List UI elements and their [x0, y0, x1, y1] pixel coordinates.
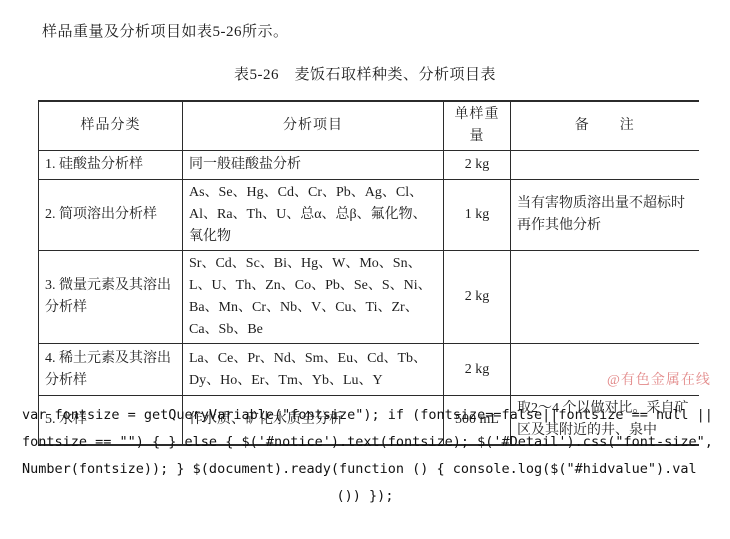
- site-watermark: @有色金属在线: [607, 369, 711, 389]
- row4-items: La、Ce、Pr、Nd、Sm、Eu、Cd、Tb、Dy、Ho、Er、Tm、Yb、L…: [183, 344, 444, 396]
- header-sample-category: 样品分类: [39, 101, 183, 151]
- row2-weight: 1 kg: [444, 180, 511, 251]
- document-page: 样品重量及分析项目如表5-26所示。 表5-26 麦饭石取样种类、分析项目表 样…: [0, 0, 730, 539]
- row2-items: As、Se、Hg、Cd、Cr、Pb、Ag、Cl、Al、Ra、Th、U、总α、总β…: [183, 180, 444, 251]
- code-line-3: Number(fontsize)); } $(document).ready(f…: [22, 456, 708, 483]
- header-analysis-items: 分析项目: [183, 101, 444, 151]
- row4-category: 4. 稀土元素及其溶出分析样: [39, 344, 183, 396]
- table-header-row: 样品分类 分析项目 单样重量 备 注: [39, 101, 699, 151]
- sampling-table: 样品分类 分析项目 单样重量 备 注 1. 硅酸盐分析样 同一般硅酸盐分析 2 …: [38, 100, 699, 446]
- code-line-4: ()) });: [22, 483, 708, 510]
- row2-category: 2. 简项溶出分析样: [39, 180, 183, 251]
- code-line-2: fontsize == "") { } else { $('#notice').…: [22, 429, 708, 456]
- intro-paragraph: 样品重量及分析项目如表5-26所示。: [42, 20, 289, 41]
- row1-category: 1. 硅酸盐分析样: [39, 151, 183, 180]
- code-line-1: var fontsize = getQueryVariable("fontsiz…: [22, 402, 708, 429]
- table-title: 表5-26 麦饭石取样种类、分析项目表: [0, 63, 730, 84]
- row1-items: 同一般硅酸盐分析: [183, 151, 444, 180]
- header-sample-weight: 单样重量: [444, 101, 511, 151]
- row1-note: [511, 151, 699, 180]
- table-row: 2. 简项溶出分析样 As、Se、Hg、Cd、Cr、Pb、Ag、Cl、Al、Ra…: [39, 180, 699, 251]
- row3-category: 3. 微量元素及其溶出分析样: [39, 251, 183, 344]
- table-row: 1. 硅酸盐分析样 同一般硅酸盐分析 2 kg: [39, 151, 699, 180]
- table-row: 3. 微量元素及其溶出分析样 Sr、Cd、Sc、Bi、Hg、W、Mo、Sn、L、…: [39, 251, 699, 344]
- row2-note: 当有害物质溶出量不超标时再作其他分析: [511, 180, 699, 251]
- row3-weight: 2 kg: [444, 251, 511, 344]
- row1-weight: 2 kg: [444, 151, 511, 180]
- row4-weight: 2 kg: [444, 344, 511, 396]
- row3-items: Sr、Cd、Sc、Bi、Hg、W、Mo、Sn、L、U、Th、Zn、Co、Pb、S…: [183, 251, 444, 344]
- row3-note: [511, 251, 699, 344]
- header-remarks: 备 注: [511, 101, 699, 151]
- stray-script-text: var fontsize = getQueryVariable("fontsiz…: [22, 402, 708, 510]
- table-row: 4. 稀土元素及其溶出分析样 La、Ce、Pr、Nd、Sm、Eu、Cd、Tb、D…: [39, 344, 699, 396]
